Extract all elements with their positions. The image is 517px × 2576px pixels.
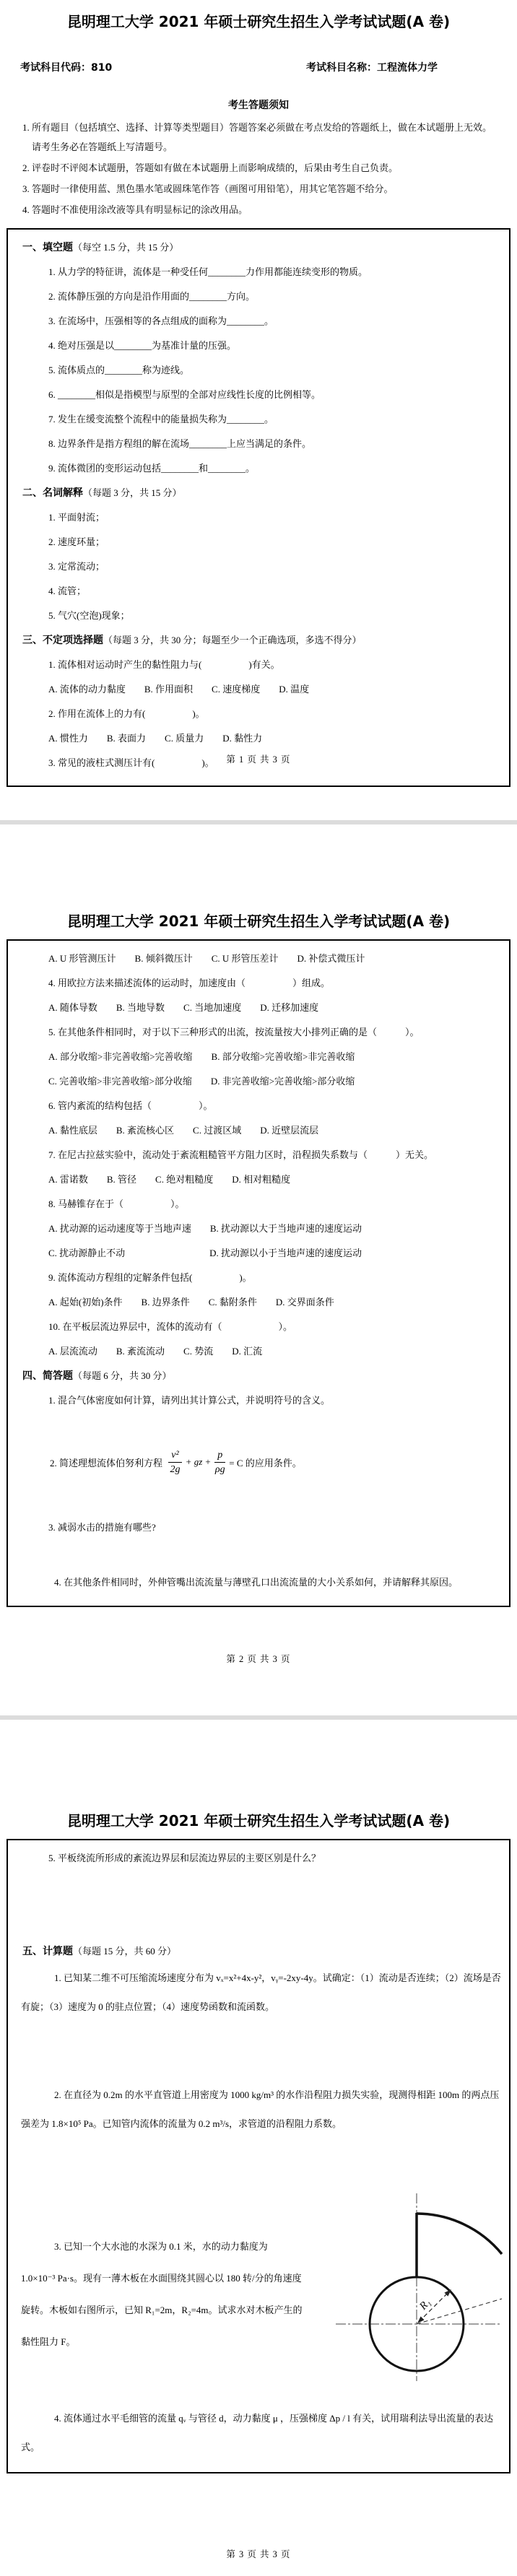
section-heading-terms: 二、名词解释（每题 3 分，共 15 分） (22, 481, 503, 505)
page-title: 昆明理工大学 2021 年硕士研究生招生入学考试试题(A 卷) (0, 1720, 517, 1830)
question-item: 9. 流体流动方程组的定解条件包括( )。 (48, 1266, 503, 1290)
question-item: 8. 边界条件是指方程组的解在流场________上应当满足的条件。 (48, 432, 503, 456)
section-name: 五、计算题 (22, 1946, 73, 1957)
section-name: 四、简答题 (22, 1370, 73, 1382)
question-item: 3. 定常流动； (48, 554, 503, 579)
question-item: 8. 马赫锥存在于（ ）。 (48, 1192, 503, 1217)
fraction-p-rhog: p ρg (214, 1449, 225, 1476)
bernoulli-prefix: 2. 简述理想流体伯努利方程 (50, 1455, 165, 1469)
sector-arc-r2 (417, 2214, 502, 2254)
subject-code: 考试科目代码：810 (20, 60, 112, 74)
question-item: 6. ________相似是指模型与原型的全部对应线性长度的比例相等。 (48, 383, 503, 407)
question-item: A. 惯性力 B. 表面力 C. 质量力 D. 黏性力 (48, 726, 503, 751)
question-item: 5. 流体质点的________称为迹线。 (48, 358, 503, 383)
question-item: 2. 作用在流体上的力有( )。 (48, 702, 503, 726)
question-box-page1: 一、填空题（每空 1.5 分，共 15 分） 1. 从力学的特征讲，流体是一种受… (6, 228, 511, 787)
question-item: 7. 在尼古拉兹实验中，流动处于紊流粗糙管平方阻力区时，沿程损失系数与（ ）无关… (48, 1143, 503, 1167)
exam-page-1: 昆明理工大学 2021 年硕士研究生招生入学考试试题(A 卷) 考试科目代码：8… (0, 0, 517, 820)
question-item: 4. 流管； (48, 579, 503, 604)
choice-question-list-page2: A. U 形管测压计 B. 倾斜微压计 C. U 形管压差计 D. 补偿式微压计… (15, 947, 503, 1364)
question-item: A. 部分收缩>非完善收缩>完善收缩 B. 部分收缩>完善收缩>非完善收缩 (48, 1045, 503, 1069)
short-answer-q1: 1. 混合气体密度如何计算，请列出其计算公式，并说明符号的含义。 (48, 1388, 503, 1413)
notice-item: 答题时一律使用蓝、黑色墨水笔或圆珠笔作答（画图可用铅笔），用其它笔答题不给分。 (32, 179, 498, 199)
question-box-page2: A. U 形管测压计 B. 倾斜微压计 C. U 形管压差计 D. 补偿式微压计… (6, 939, 511, 1607)
short-answer-q4: 4. 在其他条件相同时，外伸管嘴出流流量与薄壁孔口出流流量的大小关系如何，并请解… (21, 1569, 503, 1596)
question-item: A. 流体的动力黏度 B. 作用面积 C. 速度梯度 D. 温度 (48, 677, 503, 702)
rotating-plate-diagram: R₁ (308, 2190, 503, 2384)
notice-item: 评卷时不评阅本试题册，答题如有做在本试题册上而影响成绩的，后果由考生自己负责。 (32, 158, 498, 178)
bernoulli-middle: + gz + (186, 1456, 212, 1468)
section-heading-calculation: 五、计算题（每题 15 分，共 60 分） (22, 1939, 503, 1964)
question-item: 1. 平面射流； (48, 505, 503, 530)
section-meta: （每题 15 分，共 60 分） (73, 1946, 176, 1957)
fraction-numerator: v² (168, 1449, 181, 1463)
bernoulli-suffix: = C 的应用条件。 (229, 1455, 302, 1469)
subject-row: 考试科目代码：810 考试科目名称：工程流体力学 (20, 60, 438, 74)
question-item: C. 扰动源静止不动 D. 扰动源以小于当地声速的速度运动 (48, 1241, 503, 1266)
notice-item: 所有题目（包括填空、选择、计算等类型题目）答题答案必须做在考点发给的答题纸上，做… (32, 118, 498, 157)
page-title: 昆明理工大学 2021 年硕士研究生招生入学考试试题(A 卷) (0, 824, 517, 931)
question-item: A. 扰动源的运动速度等于当地声速 B. 扰动源以大于当地声速的速度运动 (48, 1217, 503, 1241)
calc-q2: 2. 在直径为 0.2m 的水平直管道上用密度为 1000 kg/m³ 的水作沿… (21, 2081, 503, 2138)
notice-item: 答题时不准使用涂改液等具有明显标记的涂改用品。 (32, 200, 498, 219)
question-item: 7. 发生在缓变流整个流程中的能量损失称为________。 (48, 407, 503, 432)
section-meta: （每题 6 分，共 30 分） (73, 1370, 172, 1381)
question-item: 5. 在其他条件相同时，对于以下三种形式的出流，按流量按大小排列正确的是（ ）。 (48, 1020, 503, 1045)
rotating-plate-figure: R₁ (308, 2190, 503, 2384)
fill-in-question-list: 1. 从力学的特征讲，流体是一种受任何________力作用都能连续变形的物质。… (15, 260, 503, 481)
calc-q4: 4. 流体通过水平毛细管的流量 qᵥ 与管径 d，动力黏度 μ ，压强梯度 Δp… (21, 2404, 503, 2462)
terms-question-list: 1. 平面射流；2. 速度环量；3. 定常流动；4. 流管；5. 气穴(空泡)现… (15, 505, 503, 628)
fraction-denominator: ρg (215, 1463, 225, 1476)
notice-heading: 考生答题须知 (0, 97, 517, 112)
question-item: C. 完善收缩>非完善收缩>部分收缩 D. 非完善收缩>完善收缩>部分收缩 (48, 1069, 503, 1094)
section-heading-short-answer: 四、简答题（每题 6 分，共 30 分） (22, 1364, 503, 1388)
fraction-v2-2g: v² 2g (168, 1449, 181, 1476)
notice-list: 所有题目（包括填空、选择、计算等类型题目）答题答案必须做在考点发给的答题纸上，做… (16, 118, 498, 219)
fraction-denominator: 2g (170, 1463, 180, 1476)
question-item: 5. 气穴(空泡)现象； (48, 604, 503, 628)
question-item: 9. 流体微团的变形运动包括________和________。 (48, 456, 503, 481)
short-answer-q2: 2. 简述理想流体伯努利方程 v² 2g + gz + p ρg = C 的应用… (50, 1443, 503, 1481)
section-meta: （每题 3 分，共 30 分；每题至少一个正确选项，多选不得分） (103, 635, 362, 645)
question-item: 4. 用欧拉方法来描述流体的运动时，加速度由（ ）组成。 (48, 971, 503, 996)
question-item: A. 随体导数 B. 当地导数 C. 当地加速度 D. 迁移加速度 (48, 996, 503, 1020)
exam-page-3: 昆明理工大学 2021 年硕士研究生招生入学考试试题(A 卷) 5. 平板绕流所… (0, 1720, 517, 2576)
question-item: 2. 流体静压强的方向是沿作用面的________方向。 (48, 284, 503, 309)
question-item: A. 雷诺数 B. 管径 C. 绝对粗糙度 D. 相对粗糙度 (48, 1167, 503, 1192)
question-item: 2. 速度环量； (48, 530, 503, 554)
question-item: A. 黏性底层 B. 紊流核心区 C. 过渡区域 D. 近壁层流层 (48, 1118, 503, 1143)
question-item: 10. 在平板层流边界层中，流体的流动有（ ）。 (48, 1315, 503, 1339)
calc-q1: 1. 已知某二维不可压缩流场速度分布为 vₓ=x²+4x-y²，vᵧ=-2xy-… (21, 1964, 503, 2022)
question-box-page3: 5. 平板绕流所形成的紊流边界层和层流边界层的主要区别是什么？ 五、计算题（每题… (6, 1839, 511, 2473)
short-answer-q3: 3. 减弱水击的措施有哪些? (48, 1515, 503, 1540)
subject-name: 考试科目名称：工程流体力学 (306, 60, 438, 74)
question-item: 3. 在流场中，压强相等的各点组成的面称为________。 (48, 309, 503, 334)
question-item: A. 起始(初始)条件 B. 边界条件 C. 黏附条件 D. 交界面条件 (48, 1290, 503, 1315)
section-name: 一、填空题 (22, 242, 73, 253)
page-number: 第 3 页 共 3 页 (0, 2547, 517, 2560)
short-answer-q5: 5. 平板绕流所形成的紊流边界层和层流边界层的主要区别是什么？ (48, 1846, 503, 1871)
question-item: 4. 绝对压强是以________为基准计量的压强。 (48, 334, 503, 358)
section-name: 三、不定项选择题 (22, 635, 103, 646)
question-item: A. U 形管测压计 B. 倾斜微压计 C. U 形管压差计 D. 补偿式微压计 (48, 947, 503, 971)
page-number: 第 1 页 共 3 页 (0, 752, 517, 765)
question-item: 6. 管内紊流的结构包括（ ）。 (48, 1094, 503, 1118)
fraction-numerator: p (214, 1449, 225, 1463)
section-heading-choice: 三、不定项选择题（每题 3 分，共 30 分；每题至少一个正确选项，多选不得分） (22, 628, 503, 653)
page-title: 昆明理工大学 2021 年硕士研究生招生入学考试试题(A 卷) (0, 0, 517, 31)
question-item: 1. 流体相对运动时产生的黏性阻力与( )有关。 (48, 653, 503, 677)
section-heading-fill-in: 一、填空题（每空 1.5 分，共 15 分） (22, 235, 503, 260)
radius-arrowhead-inner (417, 2316, 425, 2323)
question-item: 1. 从力学的特征讲，流体是一种受任何________力作用都能连续变形的物质。 (48, 260, 503, 284)
section-name: 二、名词解释 (22, 487, 83, 499)
section-meta: （每空 1.5 分，共 15 分） (73, 242, 178, 253)
calc-q3-block: R₁ 3. 已知一个大水池的水深为 0.1 米，水的动力黏度为 1.0×10⁻³… (15, 2190, 503, 2384)
question-item: A. 层流流动 B. 紊流流动 C. 势流 D. 汇流 (48, 1339, 503, 1364)
section-meta: （每题 3 分，共 15 分） (83, 487, 182, 498)
page-number: 第 2 页 共 3 页 (0, 1652, 517, 1665)
exam-page-2: 昆明理工大学 2021 年硕士研究生招生入学考试试题(A 卷) A. U 形管测… (0, 824, 517, 1715)
